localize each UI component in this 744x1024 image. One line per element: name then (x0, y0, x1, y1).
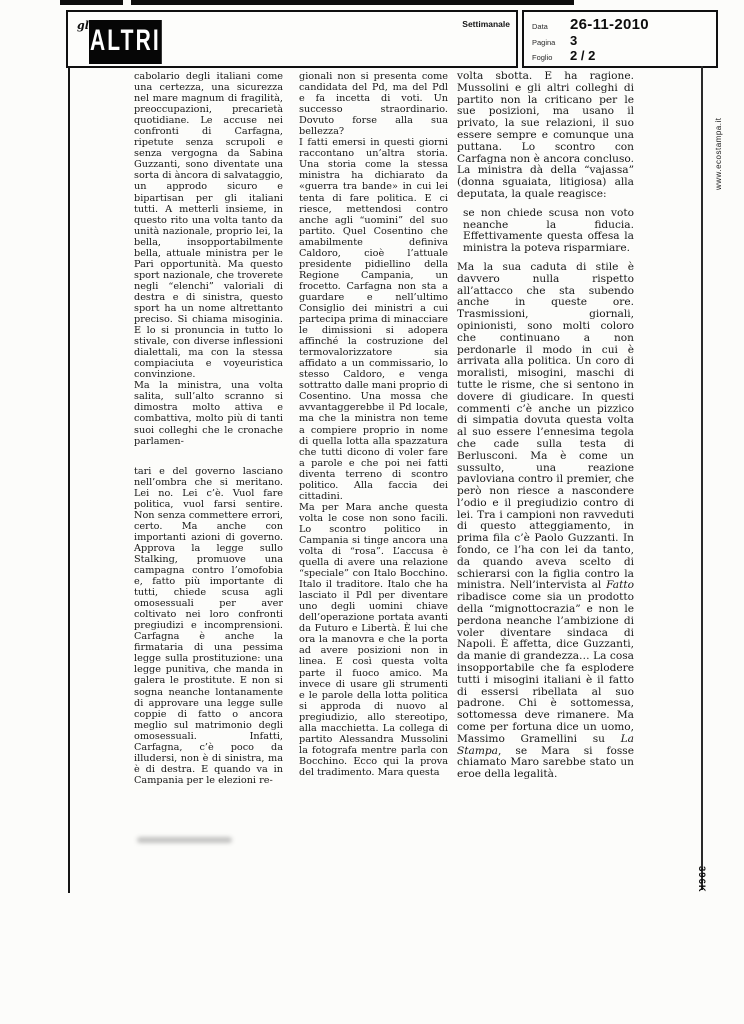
meta-page-value: 3 (570, 33, 577, 48)
meta-sheet-label: Foglio (532, 53, 570, 62)
meta-page-label: Pagina (532, 38, 570, 47)
article-paragraph: Ma la sua caduta di stile è davvero null… (457, 262, 634, 781)
meta-date-value: 26-11-2010 (570, 16, 649, 33)
clip-meta-box: Data 26-11-2010 Pagina 3 Foglio 2 / 2 (522, 10, 718, 68)
scan-edge-bar (131, 0, 574, 5)
clip-frame-left-line (68, 66, 70, 893)
scanned-press-clipping: gli ALTRI Settimanale Data 26-11-2010 Pa… (0, 0, 744, 1024)
ecostampa-vertical-watermark: www.ecostampa.it (714, 76, 723, 190)
article-paragraph: I fatti emersi in questi giorni racconta… (299, 137, 448, 502)
scan-smudge-artifact (137, 837, 232, 843)
circulation-code-vertical: 396K (696, 866, 707, 908)
article-column-3: volta sbotta. E ha ragione. Mussolini e … (457, 71, 634, 781)
scan-edge-bar (60, 0, 123, 5)
frequency-label: Settimanale (462, 19, 510, 29)
meta-row-date: Data 26-11-2010 (532, 16, 708, 33)
article-paragraph: tari e del governo lasciano nell’ombra c… (134, 466, 283, 786)
article-paragraph: Ma la ministra, una volta salita, sull’a… (134, 380, 283, 446)
article-paragraph: gionali non si presenta come candidata d… (299, 71, 448, 137)
article-column-1: cabolario degli italiani come una certez… (134, 71, 283, 786)
publication-logo: ALTRI (89, 20, 162, 64)
meta-row-page: Pagina 3 (532, 33, 708, 48)
article-paragraph: cabolario degli italiani come una certez… (134, 71, 283, 380)
meta-sheet-value: 2 / 2 (570, 48, 595, 63)
article-paragraph: Ma per Mara anche questa volta le cose n… (299, 502, 448, 778)
article-paragraph: se non chiede scusa non voto neanche la … (463, 208, 634, 255)
meta-date-label: Data (532, 22, 570, 31)
article-column-2: gionali non si presenta come candidata d… (299, 71, 448, 778)
publication-header: gli ALTRI Settimanale (66, 10, 518, 68)
meta-row-sheet: Foglio 2 / 2 (532, 48, 708, 63)
clip-frame-right-line (701, 66, 703, 890)
article-paragraph: volta sbotta. E ha ragione. Mussolini e … (457, 71, 634, 201)
column-gap (134, 447, 283, 466)
